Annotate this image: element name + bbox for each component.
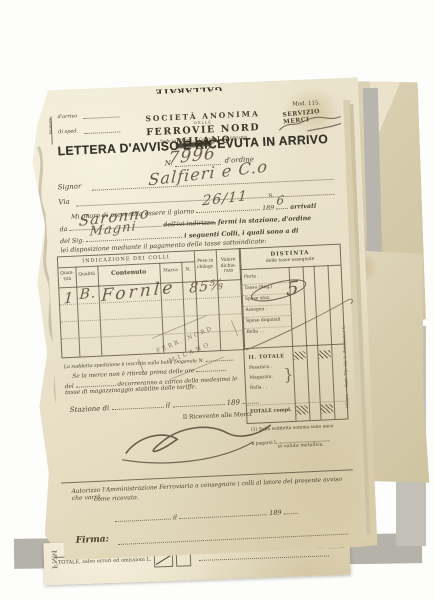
ink-smudge (176, 141, 212, 149)
paper-fold-highlight (370, 77, 420, 149)
distinta-row-label: Spese doganali (246, 317, 281, 324)
grid-row (61, 313, 243, 322)
handwritten-origin-station: Saronno (78, 204, 150, 230)
arrival-notice-form: Numero d'arrivo di sped. SOCIETÀ ANONIMA… (40, 85, 363, 560)
pencil-scrawl-left-edge (28, 140, 69, 541)
paper-stain (337, 250, 378, 285)
body-l1-n-super: N. (268, 194, 273, 199)
company-delle: DELLE (133, 118, 273, 128)
hw-contenuto: Fornle (101, 278, 176, 307)
footnote-line2: a pagarsi L. (251, 433, 330, 447)
distinta-row-label: Spese staz. (245, 296, 271, 303)
date-line: il 189 (115, 506, 298, 524)
distinta-row-label: Porto . . (244, 274, 262, 280)
grid-row (243, 326, 291, 329)
body-l1c: arrivati (290, 203, 316, 211)
grid-row (60, 296, 242, 305)
blank (276, 201, 288, 210)
numero-sped-blank (84, 131, 120, 134)
body-l2b: fermi in stazione, d'ordine (218, 215, 312, 226)
hatched-cell (321, 404, 333, 414)
blank (205, 353, 233, 362)
company-name: FERROVIE NORD MILANO (121, 121, 286, 150)
handwritten-order-number: 7996 (168, 143, 217, 168)
numero-sped-label: di sped. (58, 128, 78, 135)
via-label: Via (58, 198, 70, 207)
stazione-line: Stazione di il 189 (70, 395, 259, 414)
merce2-text: del (65, 384, 74, 390)
bolla-text: La suddetta spedizione è inscritta sulla… (64, 359, 204, 370)
brace: } (283, 365, 294, 384)
distinta-box: DISTINTA delle tasse assegnate Porto . .… (239, 244, 349, 424)
col-contenuto: Contenuto (98, 268, 160, 278)
pencil-marks: 4 4 1 4 2 (344, 288, 368, 448)
signor-blank (92, 179, 334, 191)
blank (111, 400, 163, 410)
bottom-sheet-dotline (199, 555, 329, 561)
order-n-label: N. (165, 159, 173, 167)
merce-line3: tasse di magazzinaggio stabilite dalle t… (65, 384, 197, 396)
blank (86, 230, 182, 242)
hatched-cell (318, 350, 330, 359)
hw-qualita: B. (79, 285, 97, 303)
col-n: N. (181, 267, 194, 273)
blank (172, 397, 224, 407)
pencil-mark: 1 (346, 344, 356, 354)
stacked-page-edge (343, 100, 368, 538)
blank (179, 507, 267, 519)
col-qualita: Qualità (76, 272, 98, 278)
company-societa: SOCIETÀ ANONIMA (132, 109, 272, 124)
section-divider (61, 469, 353, 483)
pencil-mark: 4 (351, 374, 360, 384)
bolla-doganale-line: La suddetta spedizione è inscritta sulla… (64, 353, 234, 371)
grid-line (289, 267, 297, 421)
pencil-mark: 4 (350, 314, 359, 324)
handwritten-date: 26/11 (202, 188, 249, 209)
grid-row (62, 330, 244, 339)
distinta-row-label: Bolla . . (246, 329, 264, 335)
merce-line1: Se la merce non è ritirata prima delle o… (72, 363, 226, 380)
numero-vertical-label: Numero (47, 118, 53, 135)
distinta-header1: DISTINTA (240, 249, 340, 260)
grid-line (328, 265, 336, 419)
stazione-anno: 189 (226, 398, 240, 407)
blank (283, 506, 297, 515)
blank (115, 512, 171, 523)
grid-line (75, 267, 80, 357)
hw-tax-amount: 5 (286, 277, 301, 301)
bottom-sheet-slash (154, 554, 172, 567)
bottom-sheet-edge-text: FNM (50, 550, 60, 569)
hw-peso: 85⅝ (189, 277, 225, 297)
dateline-anno: 189 (269, 509, 282, 518)
dateline-il: il (173, 513, 178, 521)
body-line1: Mi onoro di prevenirla essere il giorno … (71, 200, 317, 221)
grid-line (314, 266, 322, 420)
bottom-sheet-box (154, 554, 173, 568)
body-line4: lei disposizione mediante il pagamento d… (60, 238, 266, 254)
handwritten-signor: Salfieri e C.o (97, 151, 319, 195)
paper-stain (281, 85, 343, 138)
date-stamp: FERR. NORD MILANO (132, 307, 244, 389)
grid-row (242, 293, 290, 296)
footnote-line3: in valuta metallica. (278, 443, 325, 450)
totale-row-label: Bolla . . (250, 385, 268, 391)
blank (242, 395, 258, 404)
handwritten-sig-name: Magni (89, 219, 137, 239)
backdrop-topright-sliver (296, 83, 333, 100)
servizio-merci-label: SERVIZIO MERCI (282, 106, 343, 126)
ricevente-label: Il Ricevente alle Merci (162, 410, 272, 422)
body-l2-struck: dell'ivi indirizzo, (163, 219, 216, 228)
grid-line (194, 251, 200, 351)
colli-group-header: INDICAZIONE DEI COLLI (58, 253, 194, 265)
signature-flourish (106, 412, 288, 466)
body-l2a: da (59, 226, 67, 233)
stamp-text-line1: FERR. NORD (137, 317, 232, 362)
blank (196, 202, 260, 213)
distinta-row-label: Assegna . (245, 307, 267, 313)
blank (280, 433, 330, 443)
company-sede: Sede in Milano — Capitale L. 20,000,000 (134, 134, 274, 145)
grid-row (247, 400, 347, 406)
firma-blank (118, 534, 348, 545)
col-marca: Marca (159, 268, 181, 274)
form-title: LETTERA D'AVVISO E RICEVUTA IN ARRIVO (54, 132, 332, 159)
signor-label: Signor (58, 182, 82, 191)
grid-line (216, 250, 222, 350)
paper-mid-right: 4 4 1 4 2 (335, 247, 430, 485)
grid-row (242, 304, 290, 307)
handwritten-flourish (244, 271, 351, 310)
totale-compl-label: TOTALE compl. (250, 407, 292, 415)
grid-line (303, 266, 311, 420)
totale-row-label: Pesatura . (249, 365, 272, 372)
stamp-text-line2: MILANO (143, 330, 238, 375)
pencil-mark: 4 (346, 288, 356, 298)
body-line2: da dell'ivi indirizzo, fermi in stazione… (59, 212, 311, 233)
col-quantita: Quan-tità (59, 271, 76, 283)
hatched-cell (296, 405, 308, 415)
grid-line (97, 266, 102, 356)
hw-quantita: 1 (63, 288, 75, 307)
totale-row-label: Magazzin. (249, 375, 273, 382)
backdrop-gap-strip (363, 88, 384, 334)
col-peso: Peso in chilogr. (194, 258, 216, 270)
merce2b-text: decorreranno a carico della medesima le (117, 376, 237, 387)
merce1-text: Se la merce non è ritirata prima delle o… (72, 368, 194, 380)
bottom-strip-sheet: FNM TOTALE, salvo errori ed omissioni L. (43, 533, 350, 586)
blank (196, 363, 226, 372)
scanned-photo: 4 4 1 4 2 FERROVIE MILANO-BUSTO ARSIZIO-… (0, 0, 435, 600)
grid-line (241, 265, 341, 271)
order-dordine-label: d'ordine (224, 155, 254, 164)
handwritten-year: 6 (276, 193, 286, 208)
grid-line (59, 279, 241, 288)
blank (75, 378, 115, 388)
body-l3b: i seguenti Colli, i quali sono a di (184, 227, 299, 239)
grid-line (58, 261, 194, 268)
pencil-connector-line (240, 288, 360, 358)
bottom-sheet-topline (54, 547, 344, 558)
col-valore: Valore dichia-rato (216, 257, 241, 275)
folded-paper-top-right (258, 77, 427, 334)
totale-title: II. TOTALE (248, 353, 284, 361)
stazione-label: Stazione di (70, 404, 110, 414)
pencil-mark: 2 (349, 404, 359, 414)
bottom-sheet-total-text: TOTALE, salvo errori ed omissioni L. (58, 557, 151, 566)
body-line3: del Sig. i seguenti Colli, i quali sono … (60, 224, 299, 245)
distinta-row-label: Tassa (Reg.) (244, 285, 272, 292)
firma-label: Firma: (76, 534, 110, 545)
autorizzo-line2: come ricevuta. (94, 494, 139, 503)
numero-arrivo-blank (84, 116, 120, 119)
via-blank (77, 194, 335, 207)
grid-line (159, 263, 164, 353)
bottom-sheet-box2 (176, 553, 191, 567)
backdrop-bottom-strip (14, 533, 422, 569)
distinta-header2: delle tasse assegnate (240, 256, 340, 266)
grid-line (244, 344, 344, 350)
numero-block: Numero d'arrivo di sped. (50, 107, 122, 144)
body-l1b: 189 (262, 205, 274, 213)
colli-table: INDICAZIONE DEI COLLI Quan-tità Qualità … (57, 248, 245, 358)
body-l1a: Mi onoro di prevenirla essere il giorno (71, 208, 194, 221)
under-sheet-stack: FERROVIE MILANO-BUSTO ARSIZIO-GALLARATE (26, 77, 378, 568)
merce-line2: del decorreranno a carico della medesima… (64, 372, 237, 390)
body-l3a: del Sig. (60, 237, 84, 245)
order-blank (175, 164, 221, 167)
backdrop-right-strip (396, 326, 426, 546)
numero-arrivo-label: d'arrivo (57, 113, 77, 120)
stazione-il: il (166, 401, 171, 409)
printer-credit-vertical: Milano — Stab. Tip.-Lit. L. Zanaboni e C… (337, 248, 349, 408)
blank (69, 219, 161, 231)
grid-row (243, 315, 291, 318)
grid-row (241, 282, 289, 285)
footnote-line1: (1) Sulla suddetta somma sono anco (251, 424, 334, 433)
paper-stain (323, 228, 395, 290)
grid-line (181, 262, 186, 352)
stacked-page-edge (349, 104, 370, 534)
autorizzo-line1: Autorizzo l'Amministrazione Ferroviaria … (71, 476, 347, 503)
upside-down-band-text: FERROVIE MILANO-BUSTO ARSIZIO-GALLARATE (50, 80, 327, 112)
footnote-pagarsi: a pagarsi L. (251, 441, 278, 447)
mod-label: Mod. 115. (292, 100, 320, 107)
handwritten-scrawl (277, 111, 348, 136)
hatched-cell (293, 351, 305, 360)
